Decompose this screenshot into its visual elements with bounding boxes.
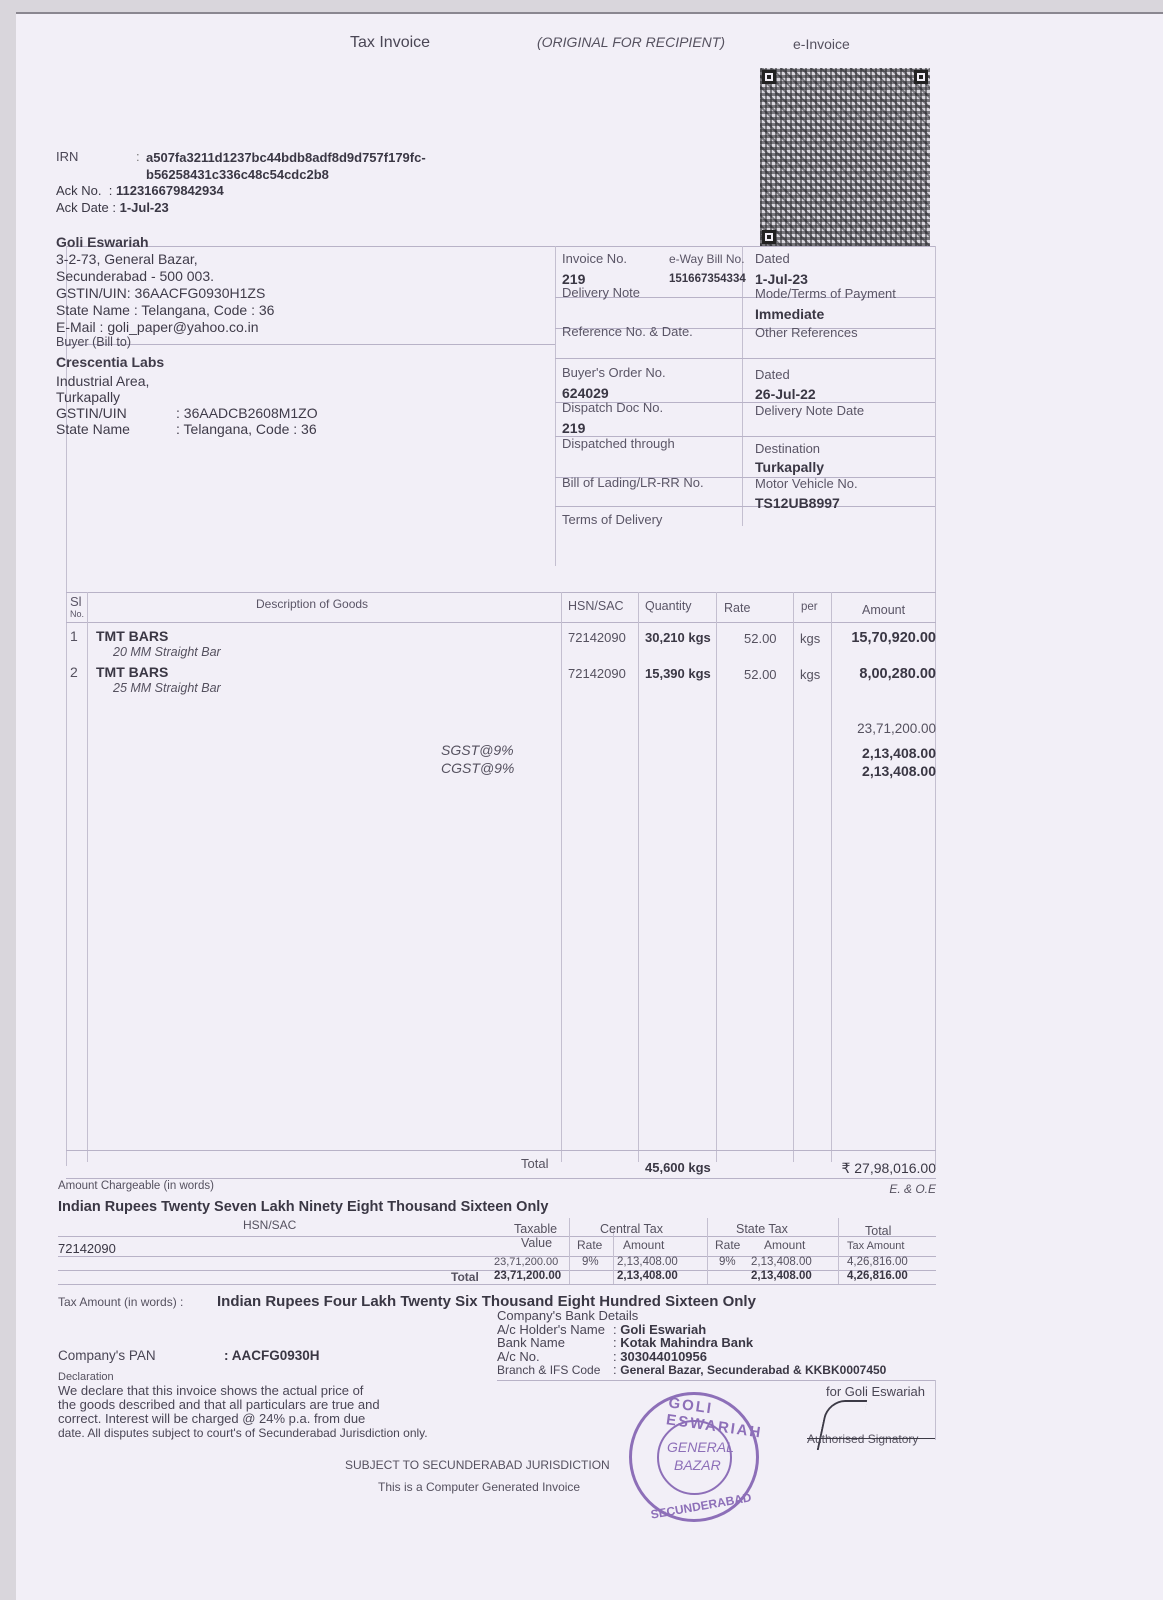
state-tax-header: State Tax — [736, 1222, 788, 1236]
divider — [66, 1178, 936, 1179]
central-amount-header: Amount — [623, 1238, 664, 1252]
ack-date: Ack Date : 1-Jul-23 — [56, 200, 169, 215]
buyer-order-no: 624029 — [562, 385, 609, 401]
divider — [838, 1218, 839, 1284]
divider — [66, 622, 936, 623]
tax-total-label: Total — [451, 1270, 479, 1284]
buyer-label: Buyer (Bill to) — [56, 335, 131, 349]
divider — [87, 592, 88, 1162]
amount-words-label: Amount Chargeable (in words) — [58, 1180, 214, 1192]
irn-value: a507fa3211d1237bc44bdb8adf8d9d757f179fc-… — [146, 149, 426, 183]
signature-stroke — [807, 1438, 935, 1439]
divider — [66, 344, 555, 345]
jurisdiction-note: SUBJECT TO SECUNDERABAD JURISDICTION — [345, 1458, 610, 1472]
sgst-label: SGST@9% — [441, 742, 514, 758]
tax-row-hsn: 72142090 — [58, 1241, 116, 1256]
tax-row-central-amount: 2,13,408.00 — [617, 1256, 678, 1268]
order-dated-label: Dated — [755, 367, 790, 382]
total-quantity: 45,600 kgs — [645, 1160, 711, 1175]
central-rate-header: Rate — [577, 1238, 602, 1252]
buyer-order-label: Buyer's Order No. — [562, 365, 666, 380]
tax-row-central-rate: 9% — [582, 1256, 599, 1268]
total-tax-header: Total — [865, 1224, 891, 1238]
ack-no: Ack No. : 112316679842934 — [56, 183, 224, 198]
tax-total-central: 2,13,408.00 — [617, 1270, 678, 1282]
rate-header: Rate — [724, 601, 750, 615]
invoice-no-label: Invoice No. — [562, 251, 627, 266]
total-label: Total — [521, 1156, 548, 1171]
divider — [707, 1218, 708, 1284]
item-sl: 1 — [70, 628, 78, 644]
item-hsn: 72142090 — [568, 666, 626, 681]
payment-terms: Immediate — [755, 306, 824, 322]
tax-total-taxable: 23,71,200.00 — [494, 1270, 561, 1282]
item-quantity: 15,390 kgs — [645, 666, 711, 681]
company-pan-label: Company's PAN — [58, 1348, 156, 1363]
bank-details: Company's Bank Details A/c Holder's Name… — [497, 1309, 886, 1378]
document-title: Tax Invoice — [350, 34, 430, 52]
tax-in-words: Indian Rupees Four Lakh Twenty Six Thous… — [217, 1293, 756, 1310]
item-name: TMT BARS — [96, 628, 168, 644]
divider — [555, 506, 935, 507]
divider — [555, 358, 935, 359]
item-name: TMT BARS — [96, 664, 168, 680]
declaration-label: Declaration — [58, 1371, 114, 1383]
einvoice-label: e-Invoice — [793, 36, 850, 52]
hsn-header: HSN/SAC — [568, 599, 624, 613]
irn-colon: : — [136, 149, 140, 164]
taxable-header: Taxable — [514, 1222, 557, 1236]
for-company: for Goli Eswariah — [826, 1384, 925, 1399]
divider — [638, 592, 639, 1162]
divider — [613, 1230, 614, 1284]
per-header: per — [801, 601, 818, 613]
grand-total: ₹ 27,98,016.00 — [841, 1160, 936, 1177]
item-description: 25 MM Straight Bar — [113, 681, 221, 695]
dated-label: Dated — [755, 251, 790, 266]
eoe-label: E. & O.E — [889, 1182, 936, 1196]
divider — [742, 246, 743, 526]
item-rate: 52.00 — [744, 631, 777, 646]
item-per: kgs — [800, 667, 820, 682]
irn-label: IRN — [56, 149, 78, 164]
item-rate: 52.00 — [744, 667, 777, 682]
destination-label: Destination — [755, 441, 820, 456]
sl-header: Sl — [70, 594, 82, 609]
quantity-header: Quantity — [645, 599, 692, 613]
tax-total-amount: 4,26,816.00 — [847, 1270, 908, 1282]
tax-row-state-rate: 9% — [719, 1256, 736, 1268]
delivery-note-label: Delivery Note — [562, 285, 640, 300]
declaration-text: We declare that this invoice shows the a… — [58, 1384, 428, 1440]
item-per: kgs — [800, 631, 820, 646]
lading-label: Bill of Lading/LR-RR No. — [562, 475, 704, 490]
divider — [793, 592, 794, 1162]
other-ref-label: Other References — [755, 325, 858, 340]
delivery-note-date-label: Delivery Note Date — [755, 403, 864, 418]
divider — [935, 246, 936, 1166]
tax-row-total: 4,26,816.00 — [847, 1256, 908, 1268]
sl-header-no: No. — [70, 609, 84, 619]
reference-label: Reference No. & Date. — [562, 324, 693, 339]
invoice-date: 1-Jul-23 — [755, 271, 808, 287]
divider — [716, 592, 717, 1162]
dispatch-doc-no: 219 — [562, 420, 585, 436]
order-date: 26-Jul-22 — [755, 386, 816, 402]
central-tax-header: Central Tax — [600, 1222, 663, 1236]
company-stamp-icon: GOLI ESWARIAH GENERAL BAZAR SECUNDERABAD — [629, 1392, 759, 1522]
amount-in-words: Indian Rupees Twenty Seven Lakh Ninety E… — [58, 1199, 548, 1215]
qr-code-icon — [760, 68, 930, 246]
authorised-signatory: Authorised Signatory — [807, 1432, 918, 1446]
payment-label: Mode/Terms of Payment — [755, 286, 896, 301]
destination: Turkapally — [755, 459, 824, 475]
dispatch-doc-label: Dispatch Doc No. — [562, 400, 663, 415]
terms-label: Terms of Delivery — [562, 512, 662, 527]
buyer-block: Crescentia Labs Industrial Area, Turkapa… — [56, 354, 318, 437]
divider — [831, 592, 832, 1162]
eway-no: 151667354334 — [669, 273, 746, 285]
divider — [58, 1284, 936, 1285]
company-pan: : AACFG0930H — [224, 1348, 320, 1363]
taxable-header-2: Value — [521, 1236, 552, 1250]
item-sl: 2 — [70, 664, 78, 680]
tax-row-state-amount: 2,13,408.00 — [751, 1256, 812, 1268]
divider — [555, 246, 556, 566]
computer-generated-note: This is a Computer Generated Invoice — [378, 1480, 580, 1494]
divider — [497, 1380, 935, 1381]
divider — [66, 592, 936, 593]
dispatched-through-label: Dispatched through — [562, 436, 675, 451]
divider — [58, 1236, 936, 1237]
tax-row-taxable: 23,71,200.00 — [494, 1256, 558, 1268]
total-tax-header-2: Tax Amount — [847, 1240, 904, 1252]
cgst-label: CGST@9% — [441, 760, 514, 776]
item-hsn: 72142090 — [568, 630, 626, 645]
divider — [561, 592, 562, 1162]
item-quantity: 30,210 kgs — [645, 630, 711, 645]
state-rate-header: Rate — [715, 1238, 740, 1252]
tax-words-label: Tax Amount (in words) : — [58, 1295, 183, 1309]
item-amount: 15,70,920.00 — [851, 630, 936, 646]
divider — [569, 1218, 570, 1284]
copy-label: (ORIGINAL FOR RECIPIENT) — [537, 34, 725, 50]
amount-header: Amount — [862, 603, 905, 617]
divider — [66, 1150, 936, 1151]
subtotal: 23,71,200.00 — [857, 721, 936, 736]
tax-total-state: 2,13,408.00 — [751, 1270, 812, 1282]
item-amount: 8,00,280.00 — [859, 666, 936, 682]
item-description: 20 MM Straight Bar — [113, 645, 221, 659]
divider — [935, 1380, 936, 1440]
vehicle-label: Motor Vehicle No. — [755, 476, 858, 491]
sgst-amount: 2,13,408.00 — [862, 745, 936, 761]
description-header: Description of Goods — [256, 597, 368, 611]
cgst-amount: 2,13,408.00 — [862, 763, 936, 779]
eway-label: e-Way Bill No. — [669, 252, 745, 266]
vehicle-no: TS12UB8997 — [755, 495, 840, 511]
tax-hsn-header: HSN/SAC — [243, 1218, 296, 1232]
seller-block: Goli Eswariah 3-2-73, General Bazar, Sec… — [56, 234, 274, 336]
state-amount-header: Amount — [764, 1238, 805, 1252]
